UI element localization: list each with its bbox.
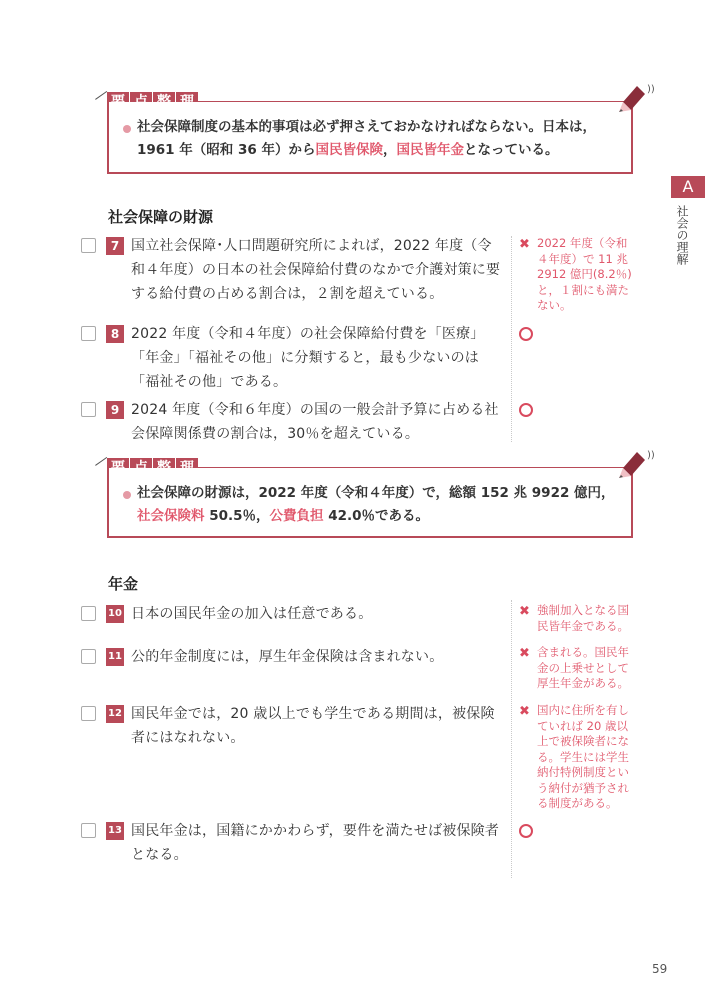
chapter-title: 社会の理解 — [674, 205, 688, 265]
question-checkbox[interactable] — [81, 326, 96, 341]
question-number: 12 — [106, 705, 124, 723]
question-text: 国民年金では，20 歳以上でも学生である期間は，被保険者にはなれない。 — [131, 702, 504, 750]
question-number: 9 — [106, 401, 124, 419]
question-checkbox[interactable] — [81, 649, 96, 664]
question-number: 7 — [106, 237, 124, 255]
answer-explanation: 国内に住所を有していれば 20 歳以上で被保険者になる。学生には学生納付特例制度… — [537, 703, 637, 812]
question-number: 10 — [106, 605, 124, 623]
section-heading: 社会保障の財源 — [108, 206, 213, 227]
question-number: 13 — [106, 822, 124, 840]
question-checkbox[interactable] — [81, 823, 96, 838]
question-checkbox[interactable] — [81, 238, 96, 253]
answer-divider — [511, 236, 512, 442]
circle-icon — [519, 327, 533, 341]
question-text: 国立社会保障･人口問題研究所によれば，2022 年度（令和４年度）の日本の社会保… — [131, 234, 504, 306]
question-text: 2024 年度（令和６年度）の国の一般会計予算に占める社会保障関係費の割合は，3… — [131, 398, 504, 446]
cross-icon: ✖ — [519, 237, 530, 253]
section-heading: 年金 — [108, 573, 138, 594]
question-checkbox[interactable] — [81, 606, 96, 621]
bullet-icon — [123, 491, 131, 499]
sound-icon: )) — [647, 84, 655, 95]
question-text: 日本の国民年金の加入は任意である。 — [131, 602, 504, 626]
cross-icon: ✖ — [519, 604, 530, 620]
pencil-icon — [615, 446, 649, 480]
circle-icon — [519, 403, 533, 417]
page-number: 59 — [652, 962, 667, 976]
question-number: 8 — [106, 325, 124, 343]
cross-icon: ✖ — [519, 704, 530, 720]
circle-icon — [519, 824, 533, 838]
question-checkbox[interactable] — [81, 706, 96, 721]
question-number: 11 — [106, 648, 124, 666]
question-checkbox[interactable] — [81, 402, 96, 417]
answer-divider — [511, 600, 512, 878]
answer-explanation: 強制加入となる国民皆年金である。 — [537, 603, 637, 634]
sound-icon: )) — [647, 450, 655, 461]
answer-explanation: 含まれる。国民年金の上乗せとして厚生年金がある。 — [537, 645, 637, 692]
pencil-icon — [615, 80, 649, 114]
answer-explanation: 2022 年度（令和４年度）で 11 兆 2912 億円(8.2％)と，１割にも… — [537, 236, 637, 314]
question-text: 2022 年度（令和４年度）の社会保障給付費を「医療」「年金」「福祉その他」に分… — [131, 322, 504, 394]
question-text: 公的年金制度には，厚生年金保険は含まれない。 — [131, 645, 504, 669]
cross-icon: ✖ — [519, 646, 530, 662]
chapter-tab: A — [671, 176, 705, 198]
keypoint-text: 社会保障の財源は，2022 年度（令和４年度）で，総額 152 兆 9922 億… — [137, 482, 617, 528]
question-text: 国民年金は，国籍にかかわらず，要件を満たせば被保険者となる。 — [131, 819, 504, 867]
keypoint-text: 社会保障制度の基本的事項は必ず押さえておかなければならない。日本は，1961 年… — [137, 116, 617, 162]
bullet-icon — [123, 125, 131, 133]
